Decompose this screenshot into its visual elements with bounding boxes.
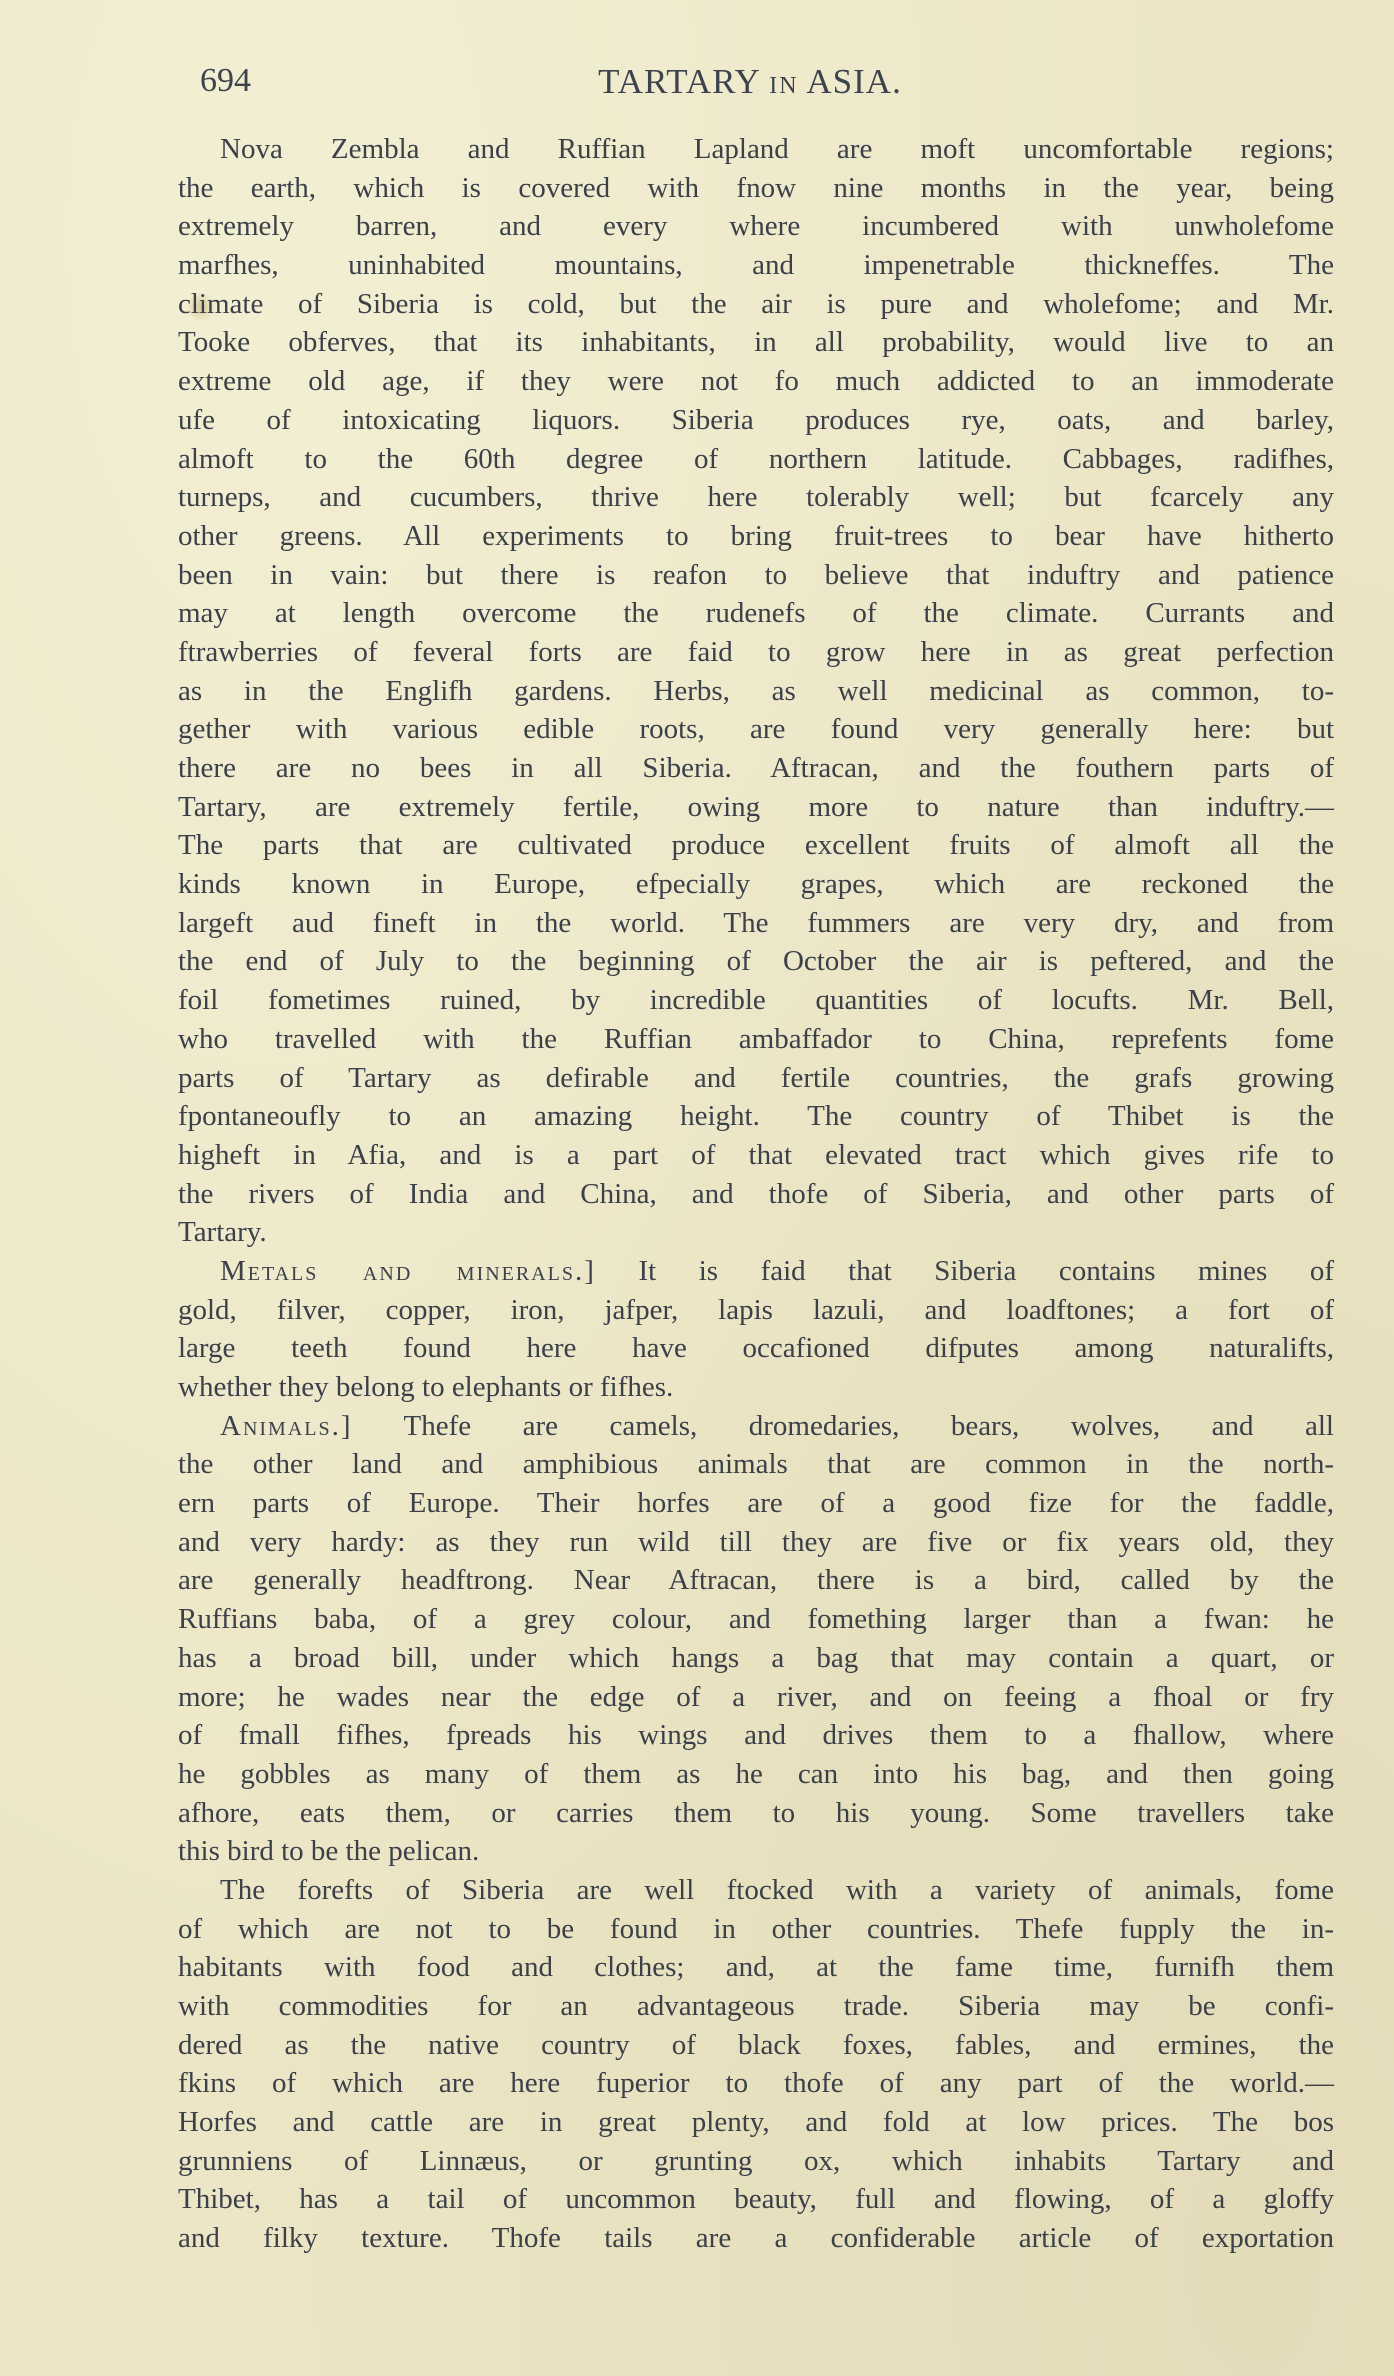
title-part-1: TARTARY bbox=[598, 62, 759, 101]
text-line: whether they belong to elephants or fifh… bbox=[178, 1368, 1334, 1407]
text-line: grunniens of Linnæus, or grunting ox, wh… bbox=[178, 2142, 1334, 2181]
text-line: Metals and minerals.] It is faid that Si… bbox=[178, 1252, 1334, 1291]
text-line: kinds known in Europe, efpecially grapes… bbox=[178, 865, 1334, 904]
text-line: habitants with food and clothes; and, at… bbox=[178, 1948, 1334, 1987]
text-line: the earth, which is covered with fnow ni… bbox=[178, 169, 1334, 208]
text-line: are generally headftrong. Near Aftracan,… bbox=[178, 1561, 1334, 1600]
text-line: fpontaneoufly to an amazing height. The … bbox=[178, 1097, 1334, 1136]
text-line: the end of July to the beginning of Octo… bbox=[178, 942, 1334, 981]
text-line: of which are not to be found in other co… bbox=[178, 1910, 1334, 1949]
text-line: and very hardy: as they run wild till th… bbox=[178, 1523, 1334, 1562]
text-line: gold, filver, copper, iron, jafper, lapi… bbox=[178, 1291, 1334, 1330]
text-line: large teeth found here have occafioned d… bbox=[178, 1329, 1334, 1368]
text-line: climate of Siberia is cold, but the air … bbox=[178, 285, 1334, 324]
text-line: Tartary. bbox=[178, 1213, 1334, 1252]
text-line: turneps, and cucumbers, thrive here tole… bbox=[178, 478, 1334, 517]
paragraph-animals: Animals.] Thefe are camels, dromedaries,… bbox=[178, 1407, 1334, 1871]
text-line: of fmall fifhes, fpreads his wings and d… bbox=[178, 1716, 1334, 1755]
text-line: the rivers of India and China, and thofe… bbox=[178, 1175, 1334, 1214]
text-line: parts of Tartary as defirable and fertil… bbox=[178, 1059, 1334, 1098]
text-line: fkins of which are here fuperior to thof… bbox=[178, 2064, 1334, 2103]
title-part-2: ASIA. bbox=[806, 62, 901, 101]
title-part-small: IN bbox=[769, 73, 798, 99]
text-line: Tartary, are extremely fertile, owing mo… bbox=[178, 788, 1334, 827]
text-span: It is faid that Siberia contains mines o… bbox=[596, 1255, 1334, 1287]
text-line: afhore, eats them, or carries them to hi… bbox=[178, 1794, 1334, 1833]
text-line: as in the Englifh gardens. Herbs, as wel… bbox=[178, 672, 1334, 711]
text-line: may at length overcome the rudenefs of t… bbox=[178, 594, 1334, 633]
text-line: with commodities for an advantageous tra… bbox=[178, 1987, 1334, 2026]
text-line: and filky texture. Thofe tails are a con… bbox=[178, 2219, 1334, 2258]
text-line: Nova Zembla and Ruffian Lapland are moft… bbox=[178, 130, 1334, 169]
text-line: gether with various edible roots, are fo… bbox=[178, 710, 1334, 749]
text-line: the other land and amphibious animals th… bbox=[178, 1445, 1334, 1484]
book-page: 694 TARTARY IN ASIA. Nova Zembla and Ruf… bbox=[0, 0, 1394, 2376]
text-line: ftrawberries of feveral forts are faid t… bbox=[178, 633, 1334, 672]
text-line: almoft to the 60th degree of northern la… bbox=[178, 440, 1334, 479]
text-line: Thibet, has a tail of uncommon beauty, f… bbox=[178, 2180, 1334, 2219]
text-line: dered as the native country of black fox… bbox=[178, 2026, 1334, 2065]
text-line: The parts that are cultivated produce ex… bbox=[178, 826, 1334, 865]
text-line: has a broad bill, under which hangs a ba… bbox=[178, 1639, 1334, 1678]
text-span: Thefe are camels, dromedaries, bears, wo… bbox=[353, 1410, 1334, 1442]
text-line: been in vain: but there is reafon to bel… bbox=[178, 556, 1334, 595]
text-line: ern parts of Europe. Their horfes are of… bbox=[178, 1484, 1334, 1523]
body-text: Nova Zembla and Ruffian Lapland are moft… bbox=[178, 130, 1334, 2258]
text-line: Animals.] Thefe are camels, dromedaries,… bbox=[178, 1407, 1334, 1446]
paragraph-climate: Nova Zembla and Ruffian Lapland are moft… bbox=[178, 130, 1334, 1252]
paragraph-forests: The forefts of Siberia are well ftocked … bbox=[178, 1871, 1334, 2258]
text-line: foil fometimes ruined, by incredible qua… bbox=[178, 981, 1334, 1020]
text-line: he gobbles as many of them as he can int… bbox=[178, 1755, 1334, 1794]
text-line: Horfes and cattle are in great plenty, a… bbox=[178, 2103, 1334, 2142]
paragraph-metals-and-minerals: Metals and minerals.] It is faid that Si… bbox=[178, 1252, 1334, 1407]
text-line: extremely barren, and every where incumb… bbox=[178, 207, 1334, 246]
text-line: largeft aud fineft in the world. The fum… bbox=[178, 904, 1334, 943]
text-line: this bird to be the pelican. bbox=[178, 1832, 1334, 1871]
text-line: extreme old age, if they were not fo muc… bbox=[178, 362, 1334, 401]
text-line: who travelled with the Ruffian ambaffado… bbox=[178, 1020, 1334, 1059]
text-line: other greens. All experiments to bring f… bbox=[178, 517, 1334, 556]
section-heading-metals: Metals and minerals.] bbox=[220, 1255, 596, 1287]
text-line: Tooke obferves, that its inhabitants, in… bbox=[178, 323, 1334, 362]
text-line: more; he wades near the edge of a river,… bbox=[178, 1678, 1334, 1717]
section-heading-animals: Animals.] bbox=[220, 1410, 353, 1442]
text-line: higheft in Afia, and is a part of that e… bbox=[178, 1136, 1334, 1175]
text-line: marfhes, uninhabited mountains, and impe… bbox=[178, 246, 1334, 285]
text-line: ufe of intoxicating liquors. Siberia pro… bbox=[178, 401, 1334, 440]
text-line: there are no bees in all Siberia. Aftrac… bbox=[178, 749, 1334, 788]
text-line: Ruffians baba, of a grey colour, and fom… bbox=[178, 1600, 1334, 1639]
page-title: TARTARY IN ASIA. bbox=[200, 62, 1300, 102]
text-line: The forefts of Siberia are well ftocked … bbox=[178, 1871, 1334, 1910]
running-head: 694 TARTARY IN ASIA. bbox=[200, 62, 1370, 112]
